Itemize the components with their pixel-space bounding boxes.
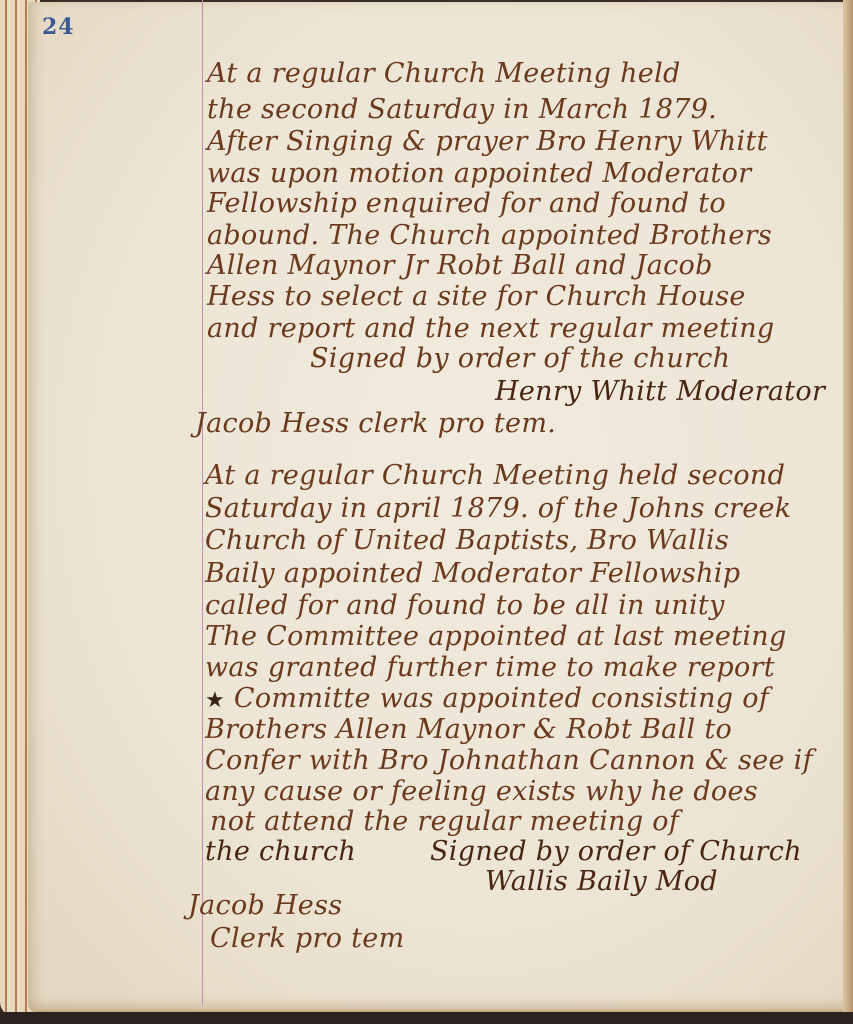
entry-line: At a regular Church Meeting held xyxy=(207,60,681,87)
clerk-title: Clerk pro tem xyxy=(210,925,404,952)
entry-line: was upon motion appointed Moderator xyxy=(207,160,751,187)
entry-line: and report and the next regular meeting xyxy=(207,315,775,342)
entry-line: Brothers Allen Maynor & Robt Ball to xyxy=(205,716,732,743)
entry-line: called for and found to be all in unity xyxy=(205,592,725,619)
margin-rule xyxy=(202,0,203,1005)
signed-by-order: Signed by order of the church xyxy=(310,345,730,372)
entry-line: abound. The Church appointed Brothers xyxy=(207,222,772,249)
entry-line: Baily appointed Moderator Fellowship xyxy=(205,560,740,587)
entry-line: Allen Maynor Jr Robt Ball and Jacob xyxy=(207,252,713,279)
entry-line: Fellowship enquired for and found to xyxy=(207,190,726,217)
entry-line: Confer with Bro Johnathan Cannon & see i… xyxy=(205,747,813,774)
star-mark-icon: ★ xyxy=(205,688,225,713)
entry-line: At a regular Church Meeting held second xyxy=(205,462,785,489)
page-right-edge xyxy=(843,0,853,1016)
entry-line: Saturday in april 1879. of the Johns cre… xyxy=(205,495,791,522)
entry-line: the second Saturday in March 1879. xyxy=(207,96,717,123)
entry-line: Church of United Baptists, Bro Wallis xyxy=(205,527,729,554)
entry-line: was granted further time to make report xyxy=(205,654,775,681)
book-cover-bottom xyxy=(0,1012,853,1024)
ledger-book: 24 At a regular Church Meeting held the … xyxy=(0,0,853,1024)
entry-line: any cause or feeling exists why he does xyxy=(205,778,758,805)
entry-line: The Committee appointed at last meeting xyxy=(205,623,787,650)
signed-by-order: Signed by order of Church xyxy=(430,838,802,865)
moderator-signature: Henry Whitt Moderator xyxy=(495,378,825,405)
entry-line-text: Committe was appointed consisting of xyxy=(234,683,769,714)
clerk-signature: Jacob Hess clerk pro tem. xyxy=(195,410,556,437)
entry-line: the church xyxy=(205,838,356,865)
entry-line: not attend the regular meeting of xyxy=(210,808,679,835)
clerk-name-signature: Jacob Hess xyxy=(188,892,342,919)
entry-line: ★ Committe was appointed consisting of xyxy=(205,685,769,712)
entry-line: After Singing & prayer Bro Henry Whitt xyxy=(207,128,768,155)
page-number: 24 xyxy=(42,14,75,40)
moderator-signature: Wallis Baily Mod xyxy=(485,868,718,895)
entry-line: Hess to select a site for Church House xyxy=(207,283,746,310)
